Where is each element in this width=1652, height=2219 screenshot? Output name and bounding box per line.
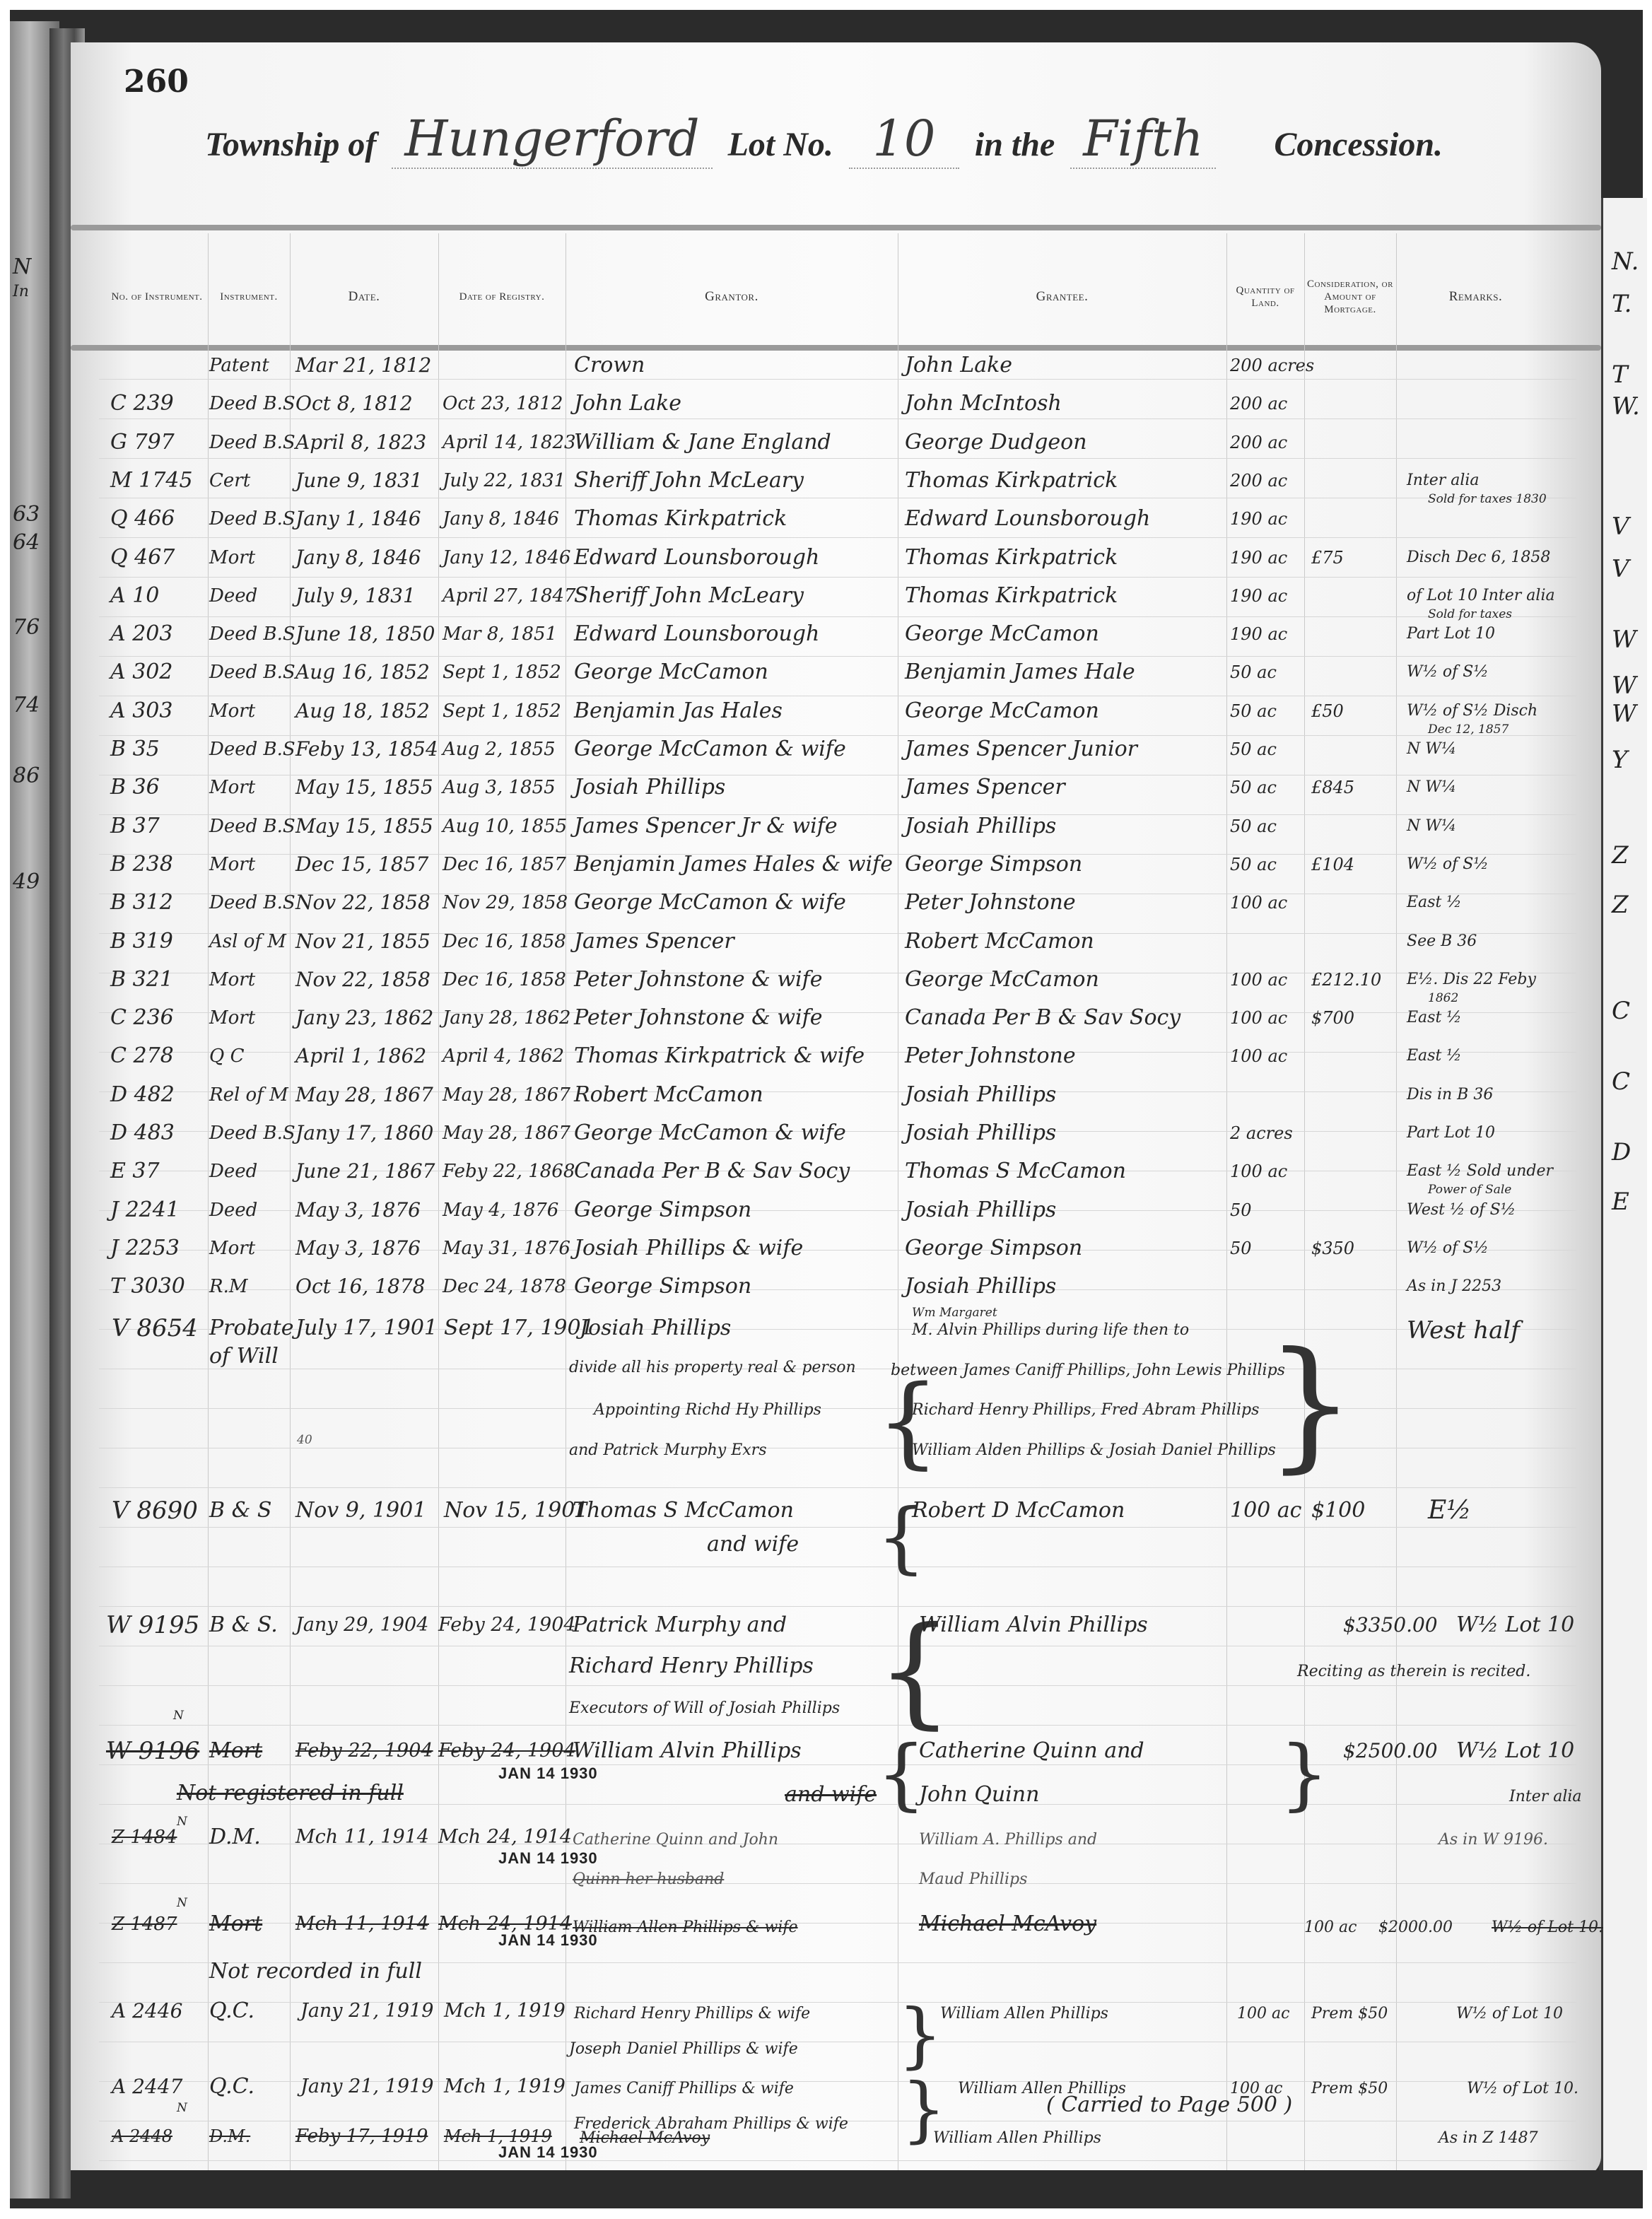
right-margin-mark: T	[1612, 361, 1628, 389]
entry-grantor: James Caniff Phillips & wife	[574, 2077, 794, 2101]
brace-icon: {	[877, 1492, 926, 1582]
entry-instrument: D.M.	[209, 2124, 250, 2148]
entry-no: A 2446	[112, 1999, 182, 2023]
entry-quantity: 100 ac	[1237, 2002, 1289, 2026]
right-margin-mark: D	[1612, 1138, 1631, 1166]
left-margin-mark: 63	[13, 502, 40, 527]
check-mark: N	[177, 1891, 187, 1915]
right-margin-mark: Z	[1612, 891, 1629, 919]
entry-date: Nov 9, 1901	[295, 1499, 426, 1523]
entry-grantor-3: Executors of Will of Josiah Phillips	[569, 1697, 840, 1721]
entry-grantee-2: John Quinn	[919, 1783, 1039, 1807]
entry-note: Not recorded in full	[209, 1960, 422, 1984]
date-stamp: JAN 14 1930	[498, 1764, 598, 1783]
right-margin-mark: V	[1612, 555, 1629, 583]
entry-date: Mch 11, 1914	[295, 1912, 429, 1936]
entry-consideration: Prem $50	[1311, 2077, 1388, 2101]
entry-grantor: William Allen Phillips & wife	[573, 1916, 798, 1940]
entry-no: W 9195	[106, 1613, 199, 1637]
entry-date: Feby 22, 1904	[295, 1739, 433, 1763]
entry-grantor-2: Quinn her husband	[573, 1868, 724, 1892]
entry-date: Jany 21, 1919	[300, 1999, 433, 2023]
entry-registry: Mch 1, 1919	[444, 1999, 566, 2023]
right-margin-mark: V	[1612, 513, 1629, 541]
entry-grantor: William Alvin Phillips	[573, 1739, 802, 1763]
entry-quantity: 100 ac	[1304, 1916, 1357, 1940]
entry-registry: Feby 24, 1904	[438, 1739, 576, 1763]
right-margin-mark: C	[1612, 1067, 1630, 1096]
check-mark: N	[177, 2096, 187, 2120]
entry-date: Mch 11, 1914	[295, 1825, 429, 1849]
scan-bottom-edge	[71, 2170, 1626, 2206]
next-page-edge: N. T. T W. V V W W W Y Z Z C C D E	[1599, 198, 1647, 2170]
entry-note: Not registered in full	[177, 1781, 404, 1805]
entry-instrument: D.M.	[209, 1825, 261, 1849]
entry-no: Z 1484	[112, 1825, 177, 1849]
left-margin-mark: 86	[13, 763, 40, 788]
entry-grantor: Thomas S McCamon	[573, 1499, 794, 1523]
later-entries: V 8690 B & S Nov 9, 1901 Nov 15, 1901 Th…	[71, 42, 1601, 2177]
ledger-page: 260 Township of Hungerford Lot No. 10 in…	[71, 42, 1601, 2177]
entry-grantee: Catherine Quinn and	[919, 1739, 1144, 1763]
entry-instrument: B & S.	[209, 1613, 278, 1637]
check-mark: N	[173, 1704, 184, 1728]
entry-remarks-2: Inter alia	[1509, 1785, 1582, 1809]
right-margin-mark: W	[1612, 626, 1636, 654]
entry-grantor-2: Richard Henry Phillips	[569, 1654, 814, 1678]
entry-registry: Nov 15, 1901	[444, 1499, 588, 1523]
entry-grantee: Robert D McCamon	[912, 1499, 1125, 1523]
entry-remarks: W½ Lot 10	[1456, 1613, 1574, 1637]
check-mark: N	[177, 1810, 187, 1834]
left-margin-mark: 74	[13, 693, 40, 718]
entry-instrument: Q.C.	[209, 2075, 254, 2099]
brace-icon: }	[898, 1993, 943, 2076]
right-margin-mark: N.	[1612, 247, 1639, 276]
entry-remarks: W½ of Lot 10.	[1492, 1916, 1603, 1940]
entry-grantor: Richard Henry Phillips & wife	[574, 2002, 810, 2026]
entry-remarks: E½	[1428, 1499, 1471, 1523]
entry-remarks: As in Z 1487	[1439, 2126, 1538, 2150]
left-margin-mark: 76	[13, 615, 40, 640]
entry-grantor-2: Joseph Daniel Phillips & wife	[569, 2037, 798, 2061]
entry-no: V 8690	[112, 1499, 198, 1523]
right-margin-mark: Z	[1612, 841, 1629, 870]
entry-grantee: William Alvin Phillips	[919, 1613, 1148, 1637]
entry-grantor: Catherine Quinn and John	[573, 1828, 778, 1852]
entry-registry: Mch 24, 1914	[438, 1825, 572, 1849]
entry-consideration: $100	[1311, 1499, 1365, 1523]
entry-grantee: Michael McAvoy	[919, 1912, 1096, 1936]
entry-remarks-2: Reciting as therein is recited.	[1297, 1660, 1530, 1684]
entry-remarks: W½ Lot 10	[1456, 1739, 1574, 1763]
entry-date: Feby 17, 1919	[295, 2124, 428, 2148]
entry-remarks: W½ of Lot 10.	[1467, 2077, 1578, 2101]
right-margin-mark: W	[1612, 700, 1636, 728]
entry-no: A 2448	[112, 2124, 172, 2148]
entry-instrument: Q.C.	[209, 1999, 254, 2023]
entry-instrument: Mort	[209, 1912, 262, 1936]
entry-grantor: Michael McAvoy	[580, 2126, 710, 2150]
entry-quantity: 100 ac	[1230, 1499, 1301, 1523]
entry-grantee: William A. Phillips and	[919, 1828, 1097, 1852]
entry-consideration: $2500.00	[1343, 1739, 1438, 1763]
entry-instrument: B & S	[209, 1499, 271, 1523]
entry-no: A 2447	[112, 2075, 182, 2099]
brace-icon: }	[1279, 1728, 1329, 1819]
entry-grantor-2: and wife	[707, 1533, 799, 1557]
left-margin-mark: In	[13, 283, 29, 300]
entry-consideration: $2000.00	[1378, 1916, 1453, 1940]
left-margin-mark: 49	[13, 870, 40, 894]
entry-remarks: W½ of Lot 10	[1456, 2002, 1563, 2026]
entry-consideration: Prem $50	[1311, 2002, 1388, 2026]
left-margin-mark: N	[13, 254, 31, 279]
entry-instrument: Mort	[209, 1739, 262, 1763]
right-margin-mark: T.	[1612, 290, 1632, 318]
entry-grantor: Patrick Murphy and	[573, 1613, 787, 1637]
right-margin-mark: C	[1612, 997, 1630, 1025]
entry-no: Z 1487	[112, 1912, 177, 1936]
entry-date: Jany 29, 1904	[295, 1613, 428, 1637]
entry-registry: Mch 1, 1919	[444, 2075, 566, 2099]
entry-no: W 9196	[106, 1739, 199, 1763]
left-margin-mark: 64	[13, 530, 40, 555]
right-margin-mark: W.	[1612, 392, 1640, 421]
entry-grantee: William Allen Phillips	[940, 2002, 1108, 2026]
carried-forward-note: ( Carried to Page 500 )	[1046, 2092, 1292, 2117]
entry-remarks: As in W 9196.	[1439, 1828, 1548, 1852]
right-margin-mark: E	[1612, 1188, 1629, 1216]
entry-grantee-2: Maud Phillips	[919, 1868, 1027, 1892]
entry-date: Jany 21, 1919	[300, 2075, 433, 2099]
entry-grantee: William Allen Phillips	[933, 2126, 1101, 2150]
entry-grantor-2: and wife	[785, 1783, 877, 1807]
entry-registry: Feby 24, 1904	[438, 1613, 576, 1637]
right-margin-mark: Y	[1612, 746, 1627, 774]
right-margin-mark: W	[1612, 672, 1636, 700]
entry-consideration: $3350.00	[1343, 1613, 1438, 1637]
